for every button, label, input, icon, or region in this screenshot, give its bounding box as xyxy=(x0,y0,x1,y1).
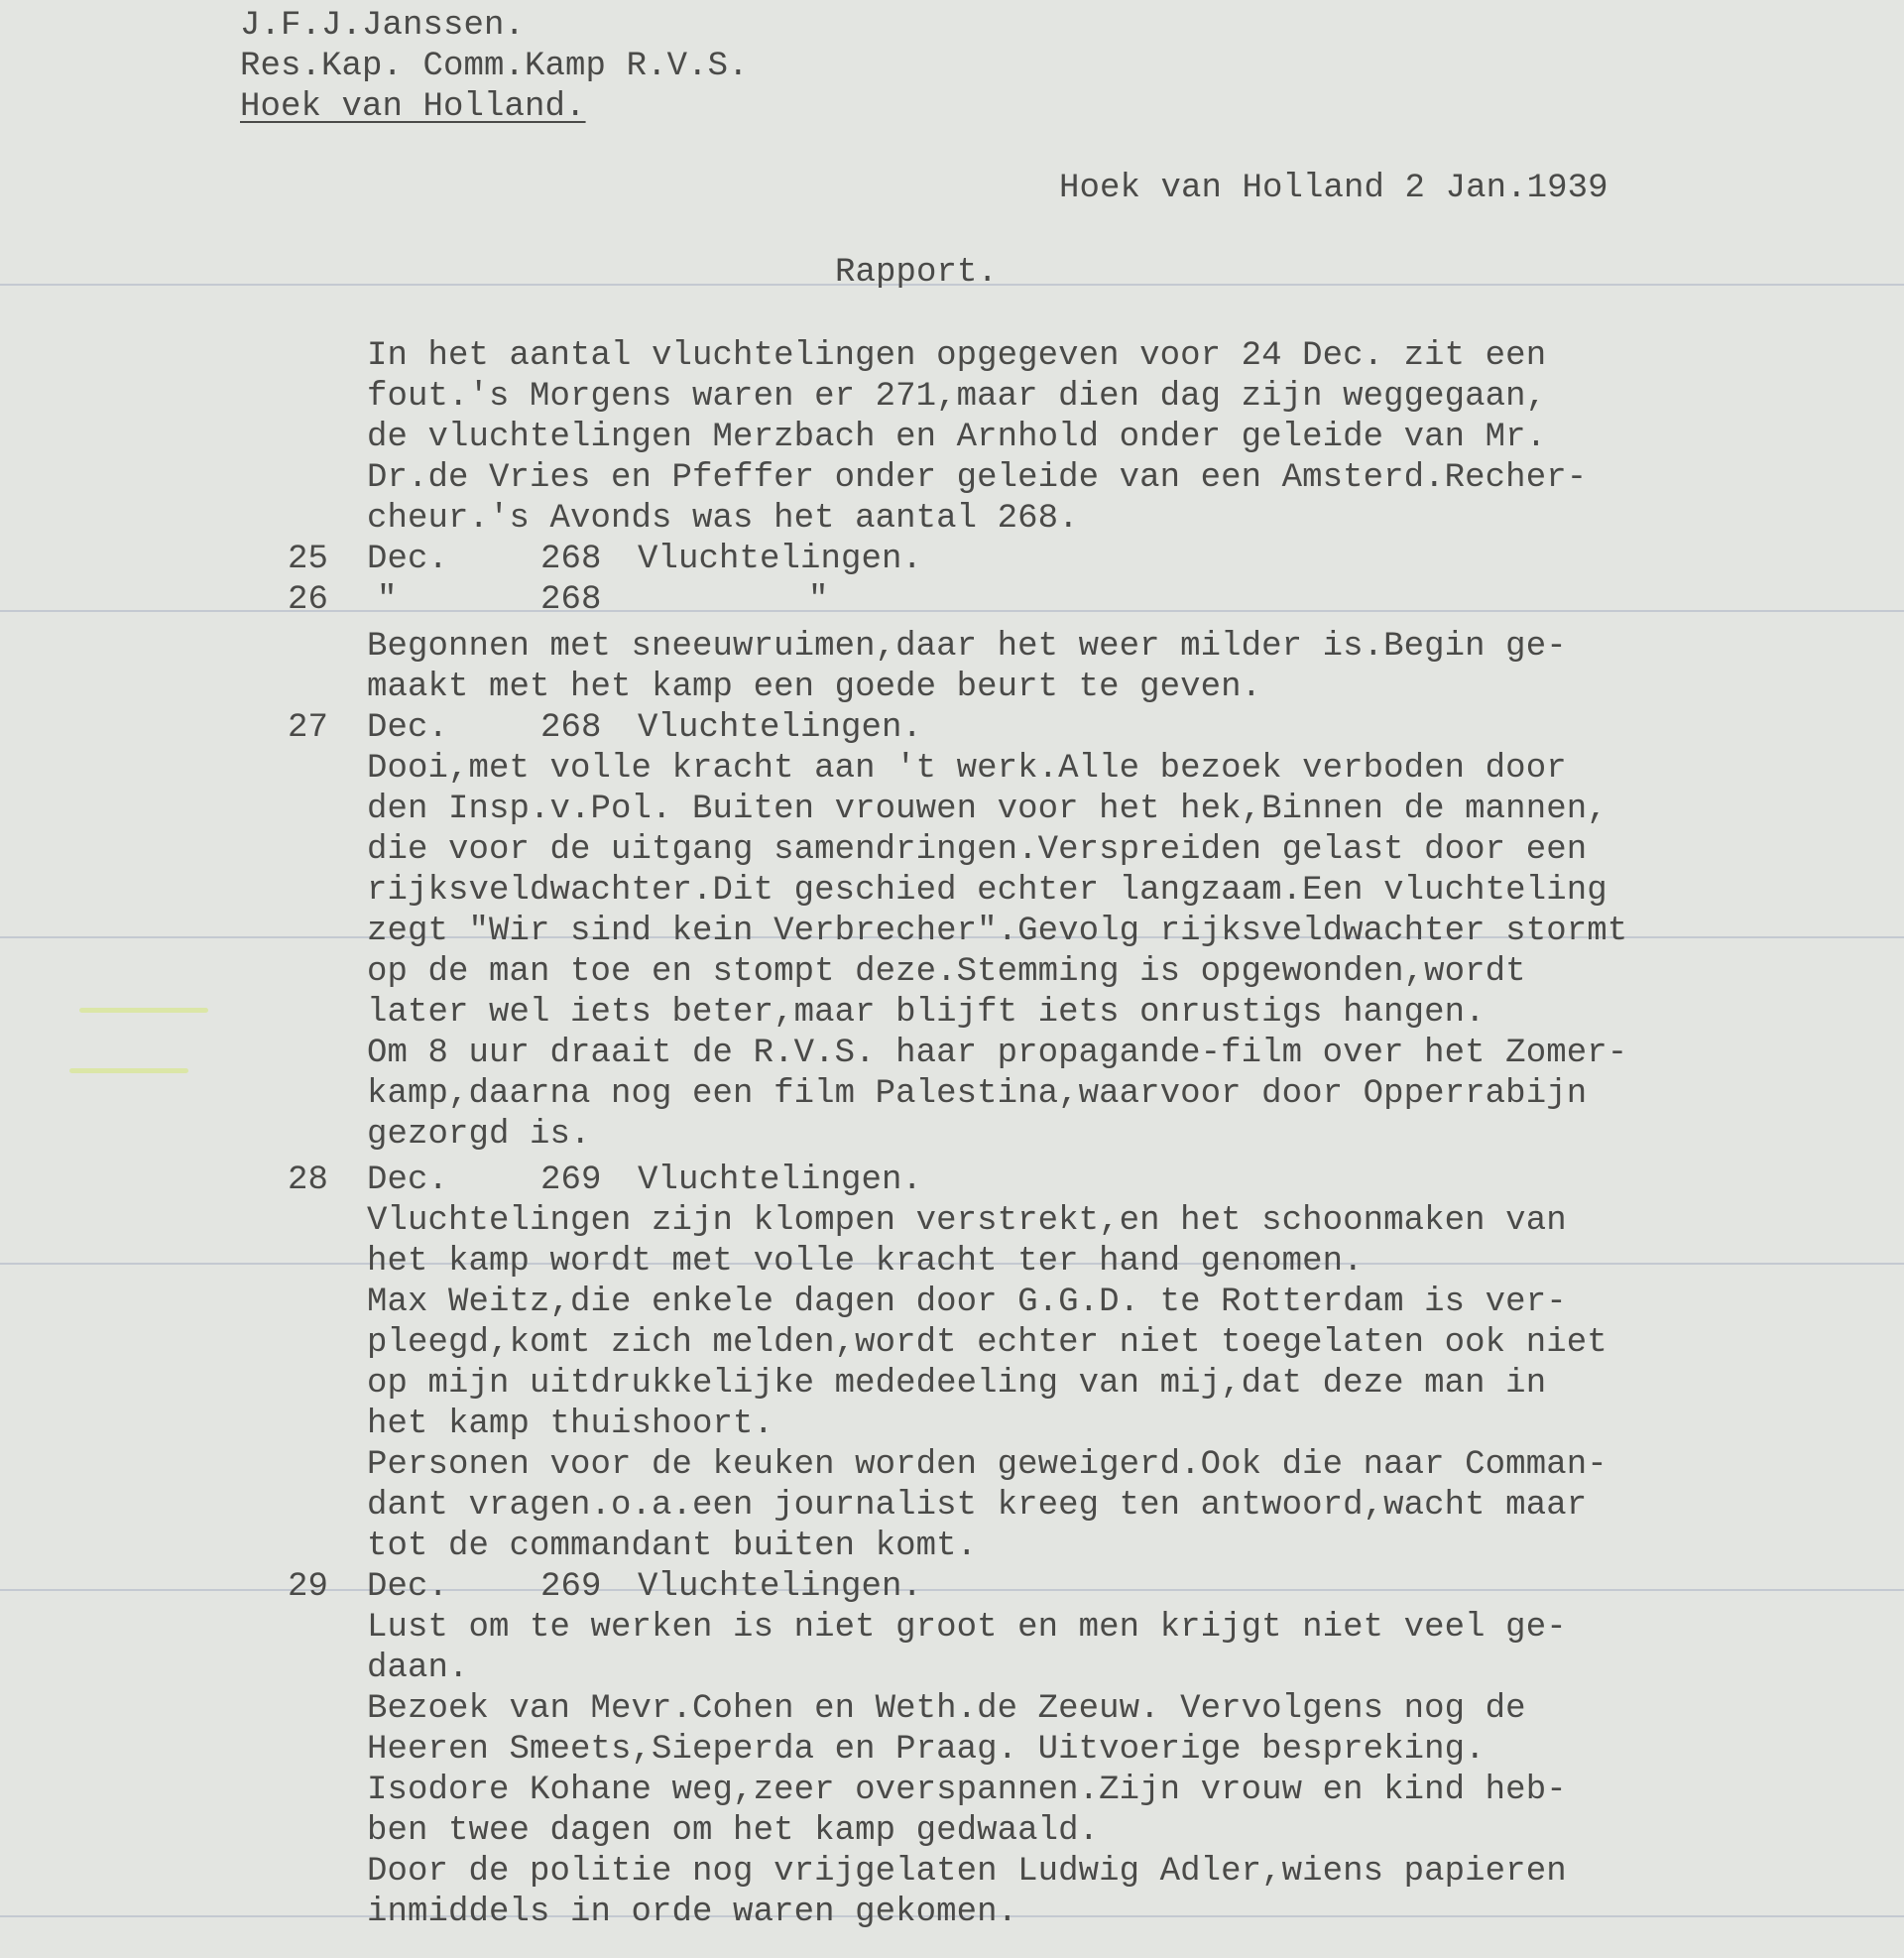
typewritten-page: J.F.J.Janssen. Res.Kap. Comm.Kamp R.V.S.… xyxy=(0,0,1904,1958)
entry-body-line: op de man toe en stompt deze.Stemming is… xyxy=(367,952,1526,993)
entry-count: 269 xyxy=(540,1161,602,1201)
entry-day: 27 xyxy=(288,708,328,749)
sender-name: J.F.J.Janssen. xyxy=(240,6,525,47)
intro-line: In het aantal vluchtelingen opgegeven vo… xyxy=(367,336,1546,377)
intro-line: Dr.de Vries en Pfeffer onder geleide van… xyxy=(367,458,1587,499)
entry-body-line: Max Weitz,die enkele dagen door G.G.D. t… xyxy=(367,1283,1567,1323)
entry-body-line: Isodore Kohane weg,zeer overspannen.Zijn… xyxy=(367,1771,1567,1811)
entry-day: 25 xyxy=(288,540,328,580)
highlighter-mark xyxy=(69,1068,188,1073)
entry-body-line: Vluchtelingen zijn klompen verstrekt,en … xyxy=(367,1201,1567,1242)
entry-body-line: tot de commandant buiten komt. xyxy=(367,1527,977,1567)
entry-body-line: die voor de uitgang samendringen.Verspre… xyxy=(367,830,1587,871)
entry-body-line: Lust om te werken is niet groot en men k… xyxy=(367,1608,1567,1649)
entry-count: 268 xyxy=(540,580,602,621)
entry-body-line: Begonnen met sneeuwruimen,daar het weer … xyxy=(367,627,1567,668)
entry-body-line: Bezoek van Mevr.Cohen en Weth.de Zeeuw. … xyxy=(367,1689,1526,1730)
entry-day: 28 xyxy=(288,1161,328,1201)
entry-day: 26 xyxy=(288,580,328,621)
entry-body-line: maakt met het kamp een goede beurt te ge… xyxy=(367,668,1261,708)
entry-label: Vluchtelingen. xyxy=(638,540,922,580)
entry-month: Dec. xyxy=(367,708,448,749)
entry-body-line: Dooi,met volle kracht aan 't werk.Alle b… xyxy=(367,749,1567,790)
entry-day: 29 xyxy=(288,1567,328,1608)
entry-count: 269 xyxy=(540,1567,602,1608)
entry-body-line: het kamp wordt met volle kracht ter hand… xyxy=(367,1242,1364,1283)
entry-body-line: Door de politie nog vrijgelaten Ludwig A… xyxy=(367,1852,1567,1893)
entry-label-ditto: " xyxy=(808,580,829,621)
entry-body-line: gezorgd is. xyxy=(367,1115,591,1156)
entry-month: Dec. xyxy=(367,540,448,580)
sender-location: Hoek van Holland. xyxy=(240,87,586,128)
entry-month: Dec. xyxy=(367,1161,448,1201)
entry-body-line: Personen voor de keuken worden geweigerd… xyxy=(367,1445,1607,1486)
entry-body-line: dant vragen.o.a.een journalist kreeg ten… xyxy=(367,1486,1587,1527)
entry-body-line: op mijn uitdrukkelijke mededeeling van m… xyxy=(367,1364,1546,1405)
entry-body-line: inmiddels in orde waren gekomen. xyxy=(367,1893,1017,1933)
entry-label: Vluchtelingen. xyxy=(638,1567,922,1608)
entry-body-line: kamp,daarna nog een film Palestina,waarv… xyxy=(367,1074,1587,1115)
entry-body-line: het kamp thuishoort. xyxy=(367,1405,773,1445)
entry-body-line: zegt "Wir sind kein Verbrecher".Gevolg r… xyxy=(367,912,1627,952)
sender-title: Res.Kap. Comm.Kamp R.V.S. xyxy=(240,47,749,87)
entry-body-line: pleegd,komt zich melden,wordt echter nie… xyxy=(367,1323,1607,1364)
entry-count: 268 xyxy=(540,708,602,749)
intro-line: fout.'s Morgens waren er 271,maar dien d… xyxy=(367,377,1546,418)
entry-count: 268 xyxy=(540,540,602,580)
intro-line: de vluchtelingen Merzbach en Arnhold ond… xyxy=(367,418,1546,458)
highlighter-mark xyxy=(79,1008,208,1013)
entry-body-line: Om 8 uur draait de R.V.S. haar propagand… xyxy=(367,1034,1627,1074)
entry-month-ditto: " xyxy=(377,580,398,621)
dateline: Hoek van Holland 2 Jan.1939 xyxy=(1059,169,1608,209)
report-title: Rapport. xyxy=(835,253,998,294)
intro-line: cheur.'s Avonds was het aantal 268. xyxy=(367,499,1079,540)
entry-month: Dec. xyxy=(367,1567,448,1608)
entry-label: Vluchtelingen. xyxy=(638,708,922,749)
entry-body-line: Heeren Smeets,Sieperda en Praag. Uitvoer… xyxy=(367,1730,1486,1771)
entry-label: Vluchtelingen. xyxy=(638,1161,922,1201)
entry-body-line: rijksveldwachter.Dit geschied echter lan… xyxy=(367,871,1607,912)
entry-body-line: ben twee dagen om het kamp gedwaald. xyxy=(367,1811,1099,1852)
entry-body-line: daan. xyxy=(367,1649,469,1689)
entry-body-line: den Insp.v.Pol. Buiten vrouwen voor het … xyxy=(367,790,1607,830)
entry-body-line: later wel iets beter,maar blijft iets on… xyxy=(367,993,1486,1034)
